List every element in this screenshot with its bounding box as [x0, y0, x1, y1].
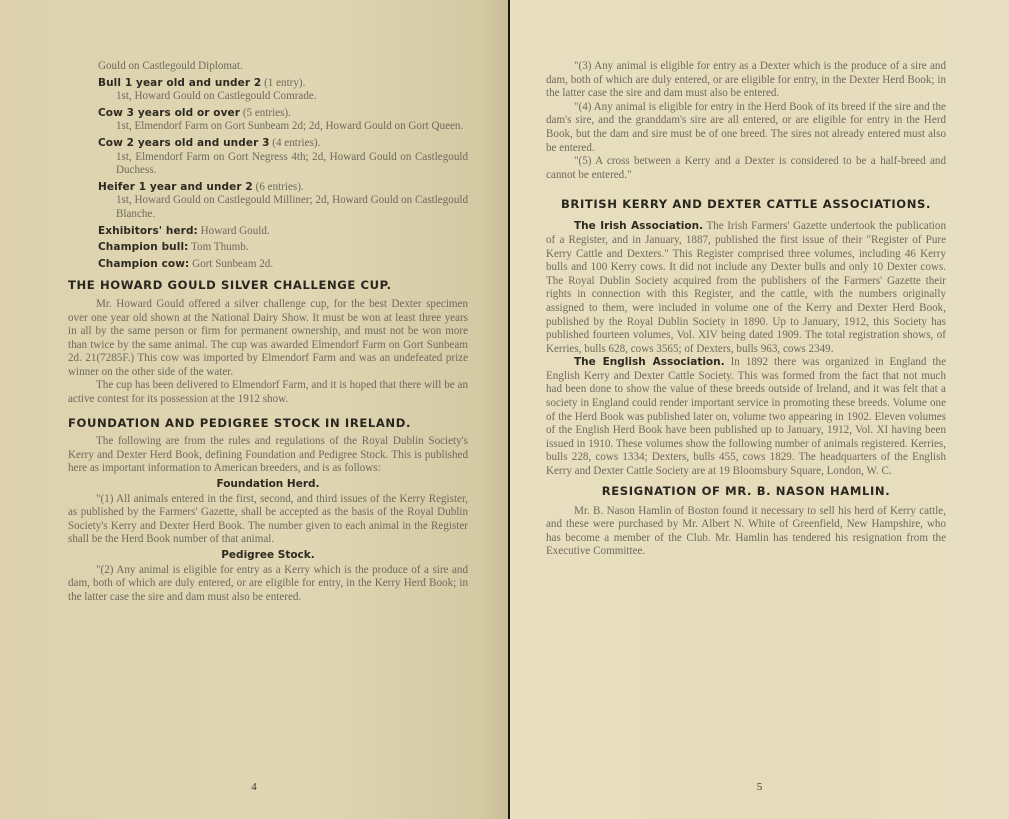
- award-count: (1 entry).: [264, 77, 305, 89]
- right-page-column: "(3) Any animal is eligible for entry as…: [546, 60, 946, 559]
- rule-3: "(3) Any animal is eligible for entry as…: [546, 60, 946, 101]
- champion-bull-value: Tom Thumb.: [191, 241, 249, 253]
- champion-cow-label: Champion cow:: [98, 258, 189, 270]
- cup-paragraph: The cup has been delivered to Elmendorf …: [68, 379, 468, 406]
- award-class: Bull 1 year old and under 2: [98, 77, 261, 89]
- exhibitors-herd-value: Howard Gould.: [201, 225, 270, 237]
- award-class: Cow 3 years old or over: [98, 107, 240, 119]
- award-entry: Cow 2 years old and under 3 (4 entries).: [68, 137, 468, 151]
- resignation-paragraph: Mr. B. Nason Hamlin of Boston found it n…: [546, 505, 946, 559]
- section-heading-cup: THE HOWARD GOULD SILVER CHALLENGE CUP.: [68, 279, 468, 293]
- rule-4: "(4) Any animal is eligible for entry in…: [546, 101, 946, 155]
- award-entry: Cow 3 years old or over (5 entries).: [68, 107, 468, 121]
- award-result: 1st, Howard Gould on Castlegould Milline…: [68, 194, 468, 221]
- champion-bull: Champion bull: Tom Thumb.: [68, 241, 468, 255]
- champion-cow-value: Gort Sunbeam 2d.: [192, 258, 273, 270]
- page-number-right: 5: [510, 781, 1009, 793]
- irish-association-text: The Irish Farmers' Gazette undertook the…: [546, 220, 946, 354]
- right-page: "(3) Any animal is eligible for entry as…: [510, 0, 1009, 819]
- champion-bull-label: Champion bull:: [98, 241, 188, 253]
- award-continuation: Gould on Castlegould Diplomat.: [68, 60, 468, 74]
- subheading-foundation-herd: Foundation Herd.: [68, 478, 468, 492]
- award-count: (5 entries).: [243, 107, 291, 119]
- award-entry: Heifer 1 year and under 2 (6 entries).: [68, 181, 468, 195]
- award-entry: Bull 1 year old and under 2 (1 entry).: [68, 77, 468, 91]
- subheading-pedigree-stock: Pedigree Stock.: [68, 549, 468, 563]
- foundation-intro: The following are from the rules and reg…: [68, 435, 468, 476]
- award-result: 1st, Elmendorf Farm on Gort Sunbeam 2d; …: [68, 120, 468, 134]
- cup-paragraph: Mr. Howard Gould offered a silver challe…: [68, 298, 468, 380]
- rule-2: "(2) Any animal is eligible for entry as…: [68, 564, 468, 605]
- english-association-text: In 1892 there was organized in England t…: [546, 356, 946, 477]
- section-heading-associations: BRITISH KERRY AND DEXTER CATTLE ASSOCIAT…: [546, 196, 946, 212]
- exhibitors-herd: Exhibitors' herd: Howard Gould.: [68, 225, 468, 239]
- exhibitors-herd-label: Exhibitors' herd:: [98, 225, 198, 237]
- page-number-left: 4: [0, 781, 508, 793]
- irish-association-paragraph: The Irish Association. The Irish Farmers…: [546, 220, 946, 356]
- award-result: 1st, Howard Gould on Castlegould Comrade…: [68, 90, 468, 104]
- section-heading-resignation: RESIGNATION OF MR. B. NASON HAMLIN.: [546, 483, 946, 499]
- irish-association-label: The Irish Association.: [574, 220, 703, 232]
- rule-1: "(1) All animals entered in the first, s…: [68, 493, 468, 547]
- award-result: 1st, Elmendorf Farm on Gort Negress 4th;…: [68, 151, 468, 178]
- left-page-column: Gould on Castlegould Diplomat. Bull 1 ye…: [68, 60, 468, 604]
- rule-5: "(5) A cross between a Kerry and a Dexte…: [546, 155, 946, 182]
- award-class: Cow 2 years old and under 3: [98, 137, 270, 149]
- award-count: (4 entries).: [272, 137, 320, 149]
- award-class: Heifer 1 year and under 2: [98, 181, 253, 193]
- english-association-paragraph: The English Association. In 1892 there w…: [546, 356, 946, 478]
- book-spread: Gould on Castlegould Diplomat. Bull 1 ye…: [0, 0, 1009, 819]
- left-page: Gould on Castlegould Diplomat. Bull 1 ye…: [0, 0, 508, 819]
- english-association-label: The English Association.: [574, 356, 725, 368]
- section-heading-foundation: FOUNDATION AND PEDIGREE STOCK IN IRELAND…: [68, 417, 468, 431]
- award-count: (6 entries).: [256, 181, 304, 193]
- champion-cow: Champion cow: Gort Sunbeam 2d.: [68, 258, 468, 272]
